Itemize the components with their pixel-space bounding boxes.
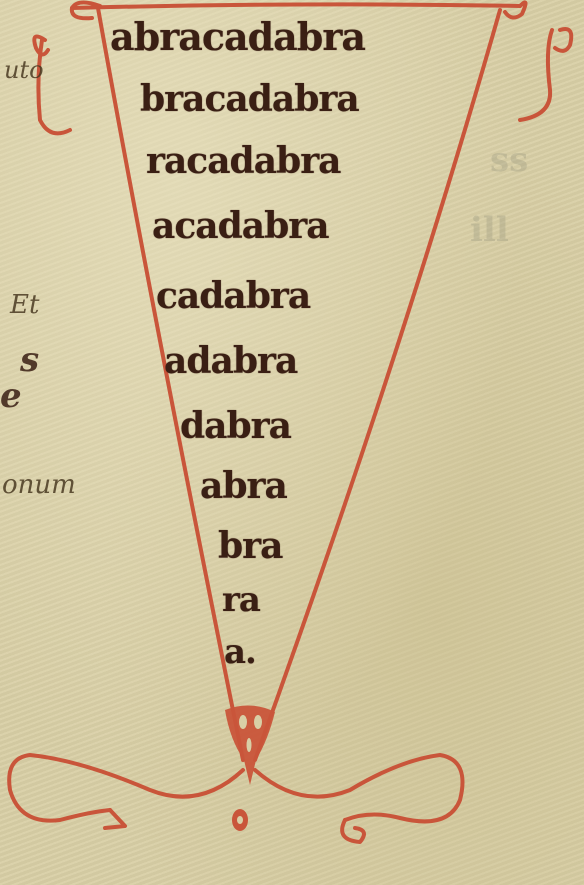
margin-note-e: e [0,376,22,416]
triangle-line-3: RACADABRA [146,140,341,182]
triangle-line-2: BRACADABRA [140,78,359,120]
triangle-line-6: ADABRA [164,340,297,382]
triangle-line-4: ACADABRA [152,205,329,247]
triangle-line-9: BRA [218,525,282,567]
margin-note-s: s [20,340,39,380]
show-through-text-1: ss [490,140,528,180]
triangle-line-1: ABRACADABRA [110,14,365,59]
triangle-line-8: ABRA [200,465,287,507]
show-through-text-2: ill [470,210,509,250]
triangle-line-10: RA [222,580,260,620]
triangle-line-5: CADABRA [156,275,310,317]
triangle-line-11: A. [224,632,256,672]
red-triangle-frame [0,0,584,885]
margin-note-et: Et [10,290,39,320]
margin-note-onum: onum [2,470,76,500]
margin-note-uto: uto [4,56,44,84]
triangle-line-7: DABRA [180,405,291,447]
